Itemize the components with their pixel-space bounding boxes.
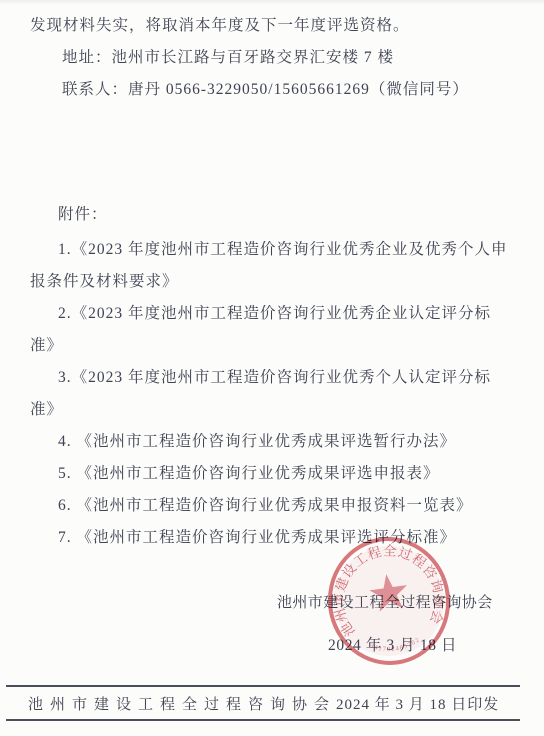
address-line: 地址：池州市长江路与百牙路交界汇安楼 7 楼 — [30, 42, 516, 74]
attachment-line: 1.《2023 年度池州市工程造价咨询行业优秀企业及优秀个人申 — [30, 234, 516, 266]
footer-print-date: 2024 年 3 月 18 日印发 — [336, 693, 499, 714]
document-page: 发现材料失实，将取消本年度及下一年度评选资格。 地址：池州市长江路与百牙路交界汇… — [0, 0, 544, 736]
footer-band: 池州市建设工程全过程咨询协会 2024 年 3 月 18 日印发 — [6, 685, 520, 721]
footer-org: 池州市建设工程全过程咨询协会 — [28, 693, 336, 714]
contact-line: 联系人：唐丹 0566-3229050/15605661269（微信同号） — [30, 74, 516, 106]
attachment-line: 6. 《池州市工程造价咨询行业优秀成果申报资料一览表》 — [30, 490, 516, 522]
attachment-line-continuation: 报条件及材料要求》 — [30, 266, 516, 298]
attachment-line: 5. 《池州市工程造价咨询行业优秀成果评选申报表》 — [30, 458, 516, 490]
attachment-line: 4. 《池州市工程造价咨询行业优秀成果评选暂行办法》 — [30, 426, 516, 458]
attachments-label: 附件： — [30, 199, 516, 231]
attachments-section: 附件： 1.《2023 年度池州市工程造价咨询行业优秀企业及优秀个人申 报条件及… — [30, 199, 516, 554]
attachment-line: 3.《2023 年度池州市工程造价咨询行业优秀个人认定评分标准》 — [30, 362, 516, 426]
attachment-line: 2.《2023 年度池州市工程造价咨询行业优秀企业认定评分标准》 — [30, 298, 516, 362]
official-seal: 池州市建设工程全过程咨询协会 341702485702 — [325, 535, 455, 665]
body-paragraphs: 发现材料失实，将取消本年度及下一年度评选资格。 地址：池州市长江路与百牙路交界汇… — [30, 10, 516, 106]
body-line: 发现材料失实，将取消本年度及下一年度评选资格。 — [30, 10, 516, 42]
